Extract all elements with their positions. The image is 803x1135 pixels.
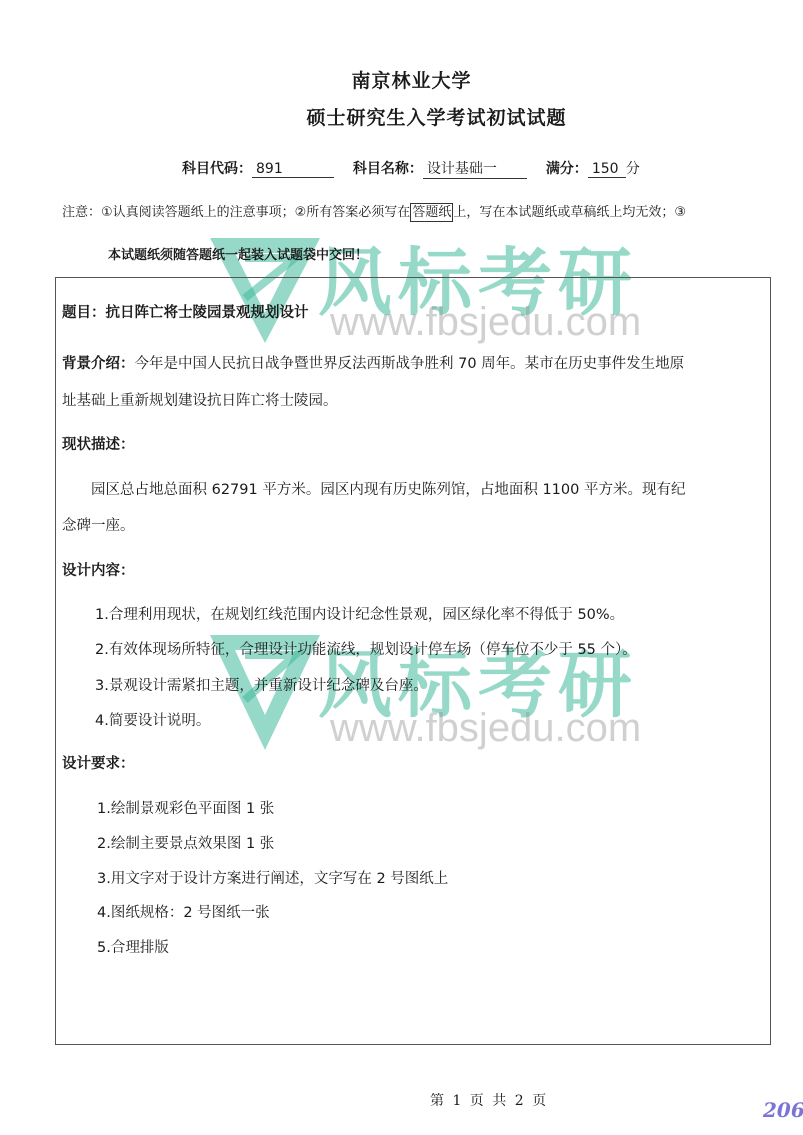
content-item-3: 3.景观设计需紧扣主题，并重新设计纪念碑及台座。 [95,674,428,695]
content-item-2: 2.有效体现场所特征，合理设计功能流线，规划设计停车场（停车位不少于 55 个）… [95,638,637,659]
question-title: 题目：抗日阵亡将士陵园景观规划设计 [62,301,309,322]
requirement-item-1: 1.绘制景观彩色平面图 1 张 [97,797,274,818]
subject-name-value: 设计基础一 [423,158,527,179]
status-line-2: 念碑一座。 [62,514,135,535]
background-line-2: 址基础上重新规划建设抗日阵亡将士陵园。 [62,389,338,410]
background-line-1: 背景介绍：今年是中国人民抗日战争暨世界反法西斯战争胜利 70 周年。某市在历史事… [62,352,684,373]
requirement-item-2: 2.绘制主要景点效果图 1 张 [97,832,274,853]
status-heading: 现状描述： [62,433,135,454]
content-heading: 设计内容： [62,559,135,580]
background-text-1: 今年是中国人民抗日战争暨世界反法西斯战争胜利 70 周年。某市在历史事件发生地原 [135,356,685,372]
exam-title: 硕士研究生入学考试初试试题 [0,103,803,130]
subject-meta-row: 科目代码：891 科目名称：设计基础一 满分：150分 [182,158,640,179]
notice-line-2: 本试题纸须随答题纸一起装入试题袋中交回！ [108,244,368,263]
requirement-item-4: 4.图纸规格：2 号图纸一张 [97,901,270,922]
handwritten-note: 206 [763,1098,803,1122]
subject-name-label: 科目名称： [353,161,423,177]
requirements-heading: 设计要求： [62,752,135,773]
status-line-1: 园区总占地总面积 62791 平方米。园区内现有历史陈列馆，占地面积 1100 … [91,478,685,499]
notice-line-1: 注意：①认真阅读答题纸上的注意事项；②所有答案必须写在答题纸上，写在本试题纸或草… [62,201,686,220]
subject-code-label: 科目代码： [182,161,252,177]
full-score-value: 150 [588,161,626,178]
background-label: 背景介绍： [62,356,135,372]
page-number: 第 1 页 共 2 页 [430,1090,546,1110]
notice-suffix: 上，写在本试题纸或草稿纸上均无效；③ [453,205,686,220]
school-name: 南京林业大学 [0,66,803,93]
requirement-item-3: 3.用文字对于设计方案进行阐述，文字写在 2 号图纸上 [97,867,448,888]
question-title-label: 题目： [62,305,106,321]
content-item-1: 1.合理利用现状，在规划红线范围内设计纪念性景观，园区绿化率不得低于 50%。 [95,603,624,624]
notice-boxed-answer-sheet: 答题纸 [410,203,453,222]
question-title-text: 抗日阵亡将士陵园景观规划设计 [106,305,309,321]
subject-code-value: 891 [252,161,334,178]
full-score-label: 满分： [546,161,588,177]
notice-prefix: 注意：①认真阅读答题纸上的注意事项；②所有答案必须写在 [62,205,410,220]
content-item-4: 4.简要设计说明。 [95,709,210,730]
requirement-item-5: 5.合理排版 [97,936,169,957]
full-score-unit: 分 [626,161,640,177]
